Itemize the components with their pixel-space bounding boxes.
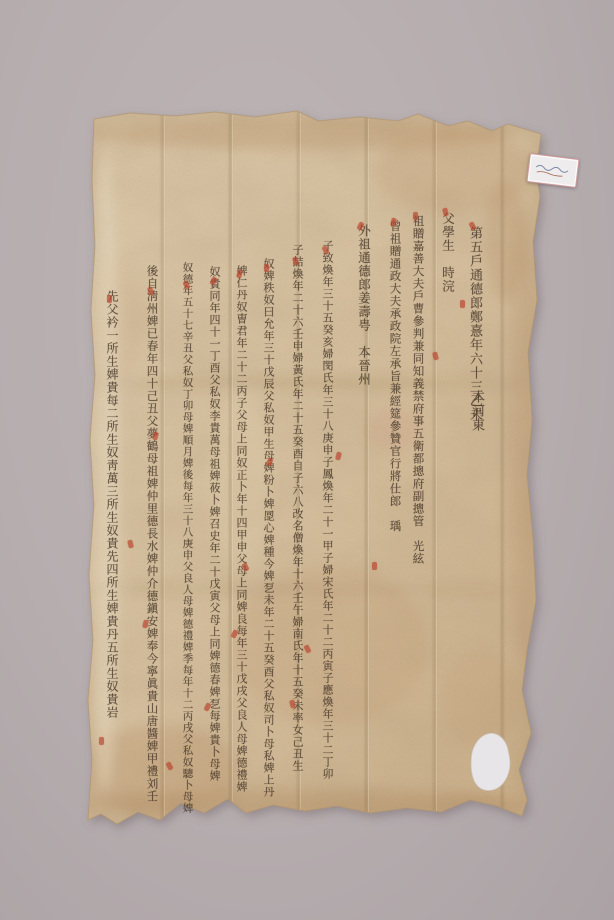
vermillion-mark-icon — [413, 212, 418, 220]
vermillion-mark-icon — [182, 280, 190, 289]
vermillion-mark-icon — [264, 264, 269, 272]
vermillion-mark-icon — [432, 352, 439, 361]
vermillion-mark-icon — [321, 245, 329, 254]
vermillion-mark-icon — [468, 221, 476, 230]
vermillion-mark-icon — [265, 457, 273, 466]
archival-tag — [526, 153, 579, 188]
vermillion-mark-icon — [152, 432, 159, 441]
tag-writing — [530, 156, 576, 183]
vermillion-mark-icon — [142, 620, 149, 629]
vermillion-mark-icon — [147, 287, 154, 296]
vermillion-mark-icon — [99, 737, 104, 745]
vermillion-mark-icon — [289, 700, 296, 709]
vermillion-mark-icon — [335, 452, 342, 461]
photograph: 第五戶通德郎鄭憙年六十三乙未 本河東 父學生 時浣 祖贈嘉善大夫戶曹參判兼同知義… — [0, 0, 614, 920]
vermillion-mark-icon — [230, 629, 238, 638]
vermillion-mark-icon — [209, 276, 217, 285]
vermillion-mark-icon — [165, 761, 173, 770]
vermillion-mark-icon — [372, 562, 377, 570]
vermillion-mark-icon — [127, 540, 134, 549]
vermillion-mark-icon — [241, 562, 249, 571]
vermillion-mark-icon — [442, 208, 449, 217]
vermillion-mark-icon — [303, 644, 311, 653]
vermillion-marks — [0, 0, 614, 920]
vermillion-mark-icon — [460, 300, 465, 308]
vermillion-mark-icon — [292, 257, 299, 266]
vermillion-mark-icon — [390, 218, 397, 227]
vermillion-mark-icon — [203, 702, 211, 711]
vermillion-mark-icon — [356, 221, 364, 230]
vermillion-mark-icon — [107, 295, 112, 303]
vermillion-mark-icon — [236, 270, 243, 279]
